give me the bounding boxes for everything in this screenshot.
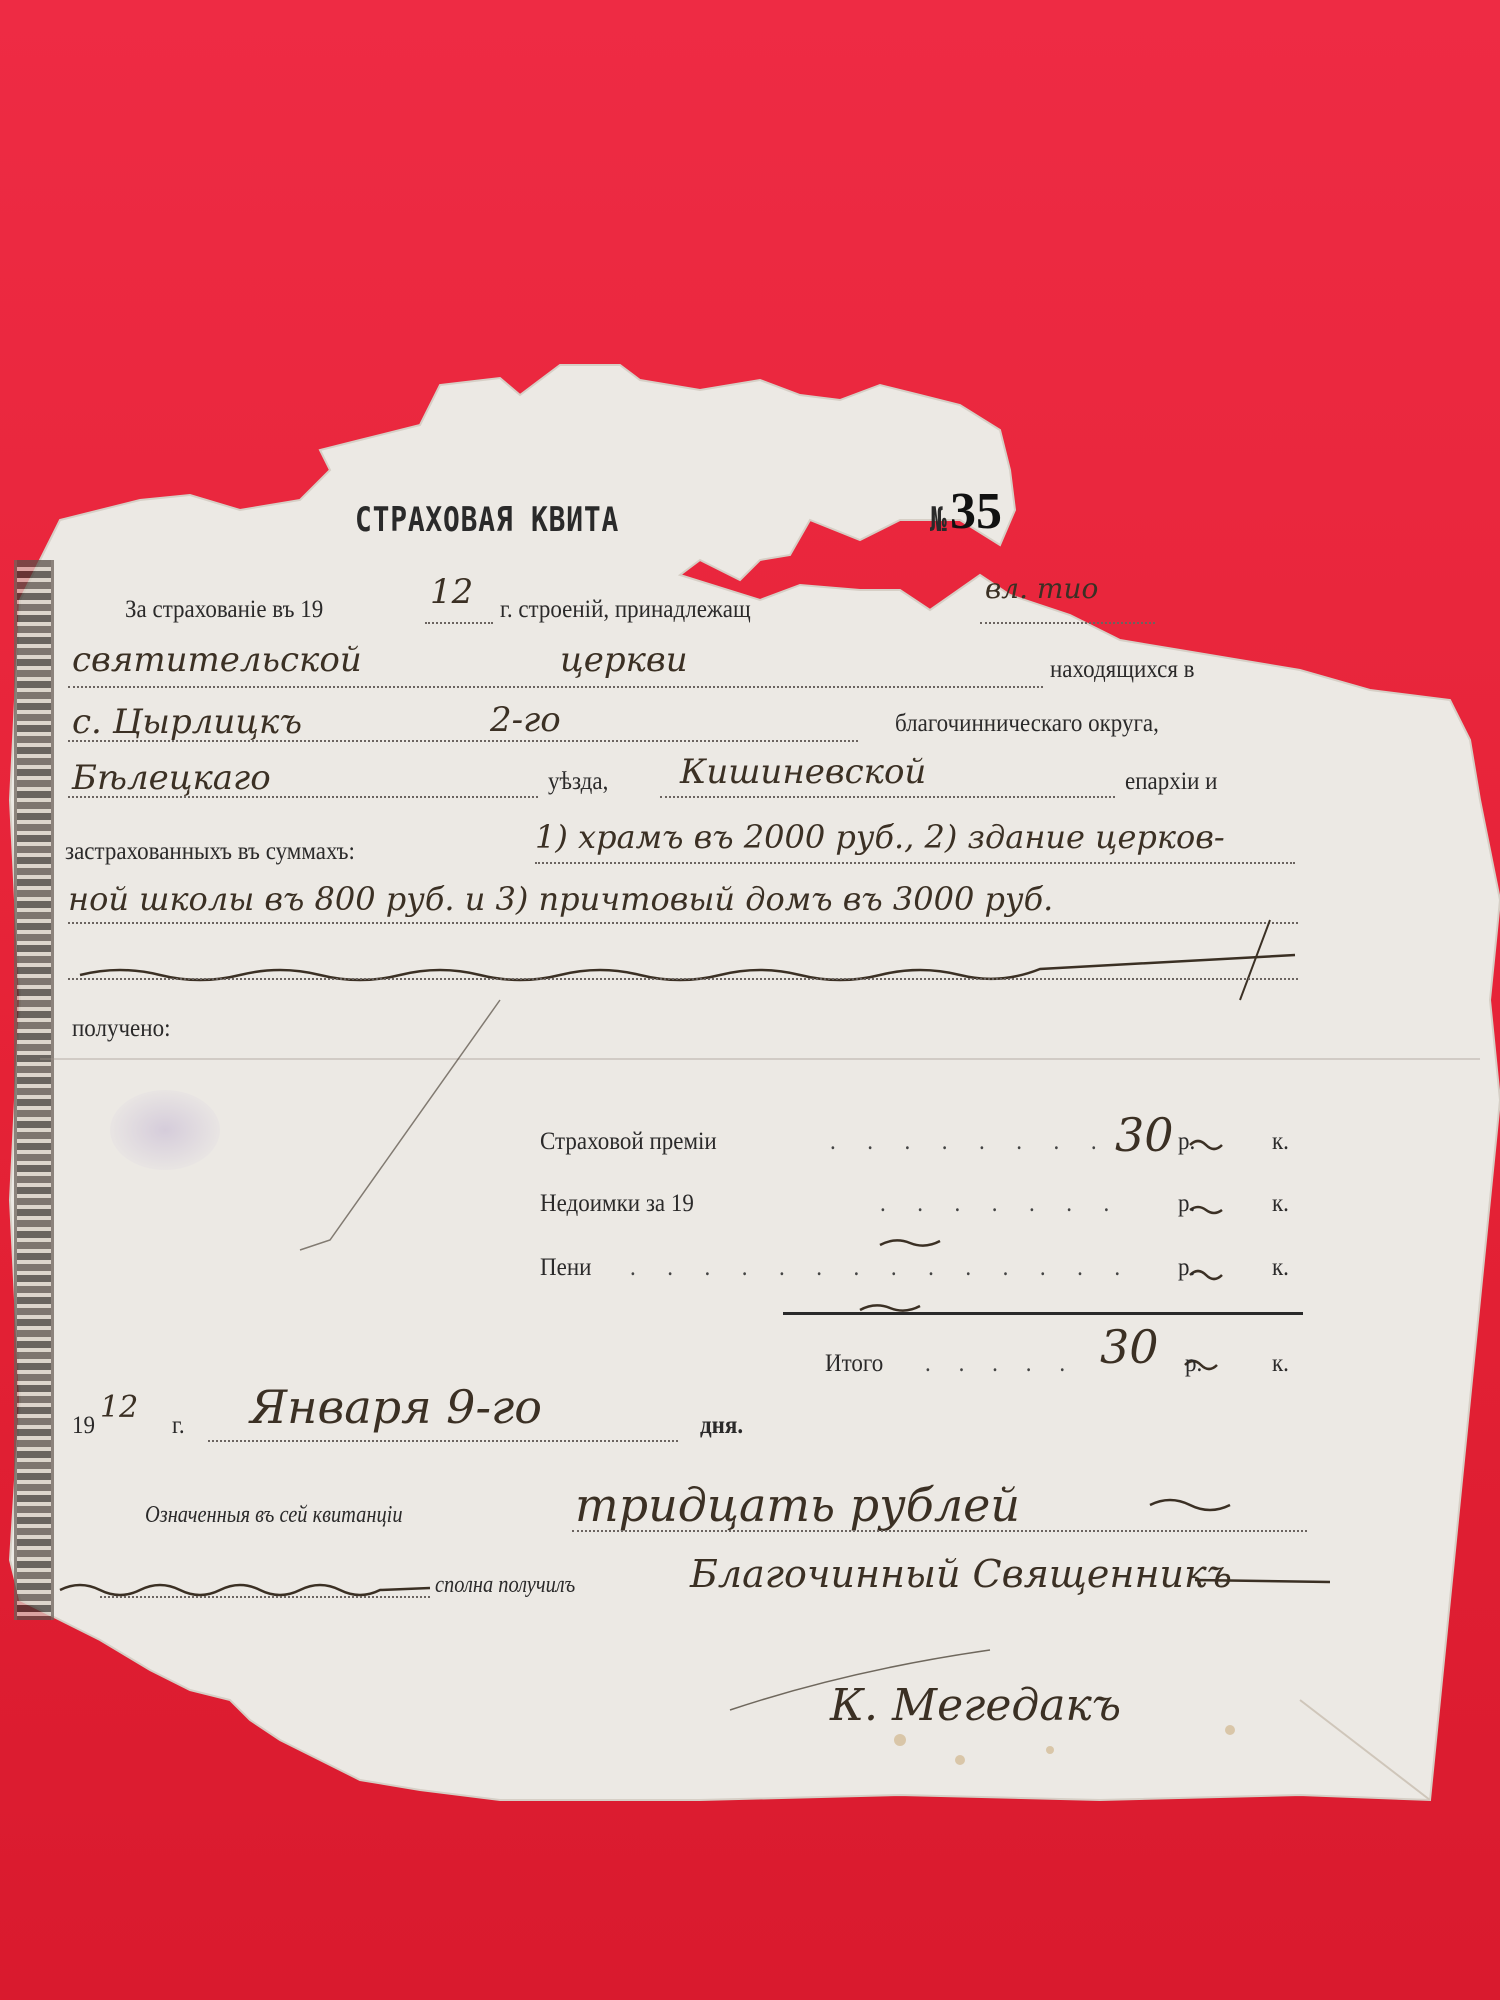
premium-r: р. [1178, 1128, 1195, 1156]
premium-dots: . . . . . . . . [830, 1128, 1109, 1156]
line6-dots [68, 922, 1298, 924]
line1-dots-end [980, 622, 1155, 624]
footer-dots-a [572, 1530, 1307, 1532]
line1-year-dots [425, 622, 493, 624]
date-printed-day: дня. [700, 1412, 743, 1440]
line5-dots [535, 862, 1295, 864]
total-dots: . . . . . [925, 1350, 1076, 1378]
footer-dots-b [100, 1596, 430, 1598]
line1-hand-end: вл. тио [985, 572, 1098, 605]
line4-printed-b: епархіи и [1125, 768, 1217, 796]
penalty-label: Пени [540, 1254, 591, 1282]
line2-hand-b: церкви [560, 640, 688, 680]
line2-printed: находящихся в [1050, 656, 1195, 684]
total-rule [783, 1312, 1303, 1315]
total-label: Итого [825, 1350, 883, 1378]
date-hand-month-day: Января 9-го [250, 1380, 542, 1434]
line4-hand-a: Бѣлецкаго [72, 758, 271, 798]
premium-rubles: 30 [1115, 1108, 1174, 1162]
penalty-k: к. [1272, 1254, 1289, 1282]
premium-k: к. [1272, 1128, 1289, 1156]
line6-hand: ной школы въ 800 руб. и 3) причтовый дом… [68, 880, 1053, 918]
paper-fold-line [40, 1058, 1480, 1060]
line5-printed: застрахованныхъ въ суммахъ: [65, 838, 355, 866]
received-label: получено: [72, 1015, 170, 1043]
footer-hand-amount: тридцать рублей [575, 1478, 1020, 1532]
arrears-label: Недоимки за 19 [540, 1190, 694, 1218]
date-printed-g: г. [172, 1412, 185, 1440]
footer-printed-a: Означенныя въ сей квитанціи [145, 1502, 403, 1529]
date-printed-year: 19 [72, 1412, 95, 1440]
line1-printed-b: г. строеній, принадлежащ [500, 596, 751, 624]
line5-hand: 1) храмъ въ 2000 руб., 2) здание церков- [535, 818, 1225, 856]
line7-dots [68, 978, 1298, 980]
line3-dots [68, 740, 858, 742]
arrears-k: к. [1272, 1190, 1289, 1218]
torn-paper-shape [0, 0, 1500, 2000]
penalty-r: р. [1178, 1254, 1195, 1282]
receipt-number: 35 [950, 482, 1002, 541]
total-rubles: 30 [1100, 1320, 1159, 1374]
line4-hand-b: Кишиневской [680, 752, 926, 792]
line2-dots [68, 686, 1043, 688]
footer-hand-title: Благочинный Священникъ [690, 1552, 1232, 1596]
faded-stamp [110, 1090, 220, 1170]
signature: К. Мегедакъ [830, 1680, 1121, 1731]
line4-printed-a: уѣзда, [548, 768, 608, 796]
arrears-r: р. [1178, 1190, 1195, 1218]
line3-hand-b: 2-го [490, 700, 561, 740]
line4-dots-a [68, 796, 538, 798]
total-r: р. [1185, 1350, 1202, 1378]
date-dots [208, 1440, 678, 1442]
receipt-title: СТРАХОВАЯ КВИТА [355, 500, 619, 540]
date-hand-year: 12 [100, 1390, 138, 1425]
total-k: к. [1272, 1350, 1289, 1378]
receipt-paper: СТРАХОВАЯ КВИТА № 35 За страхованіе въ 1… [0, 0, 1500, 2000]
penalty-dots: . . . . . . . . . . . . . . [630, 1254, 1133, 1282]
premium-label: Страховой преміи [540, 1128, 717, 1156]
number-sign: № [930, 500, 948, 540]
line3-printed: благочинническаго округа, [895, 710, 1159, 738]
line4-dots-b [660, 796, 1115, 798]
footer-printed-b: сполна получилъ [435, 1572, 575, 1599]
ornamental-border-strip [14, 560, 54, 1620]
line1-printed-a: За страхованіе въ 19 [125, 596, 323, 624]
line2-hand-a: святительской [72, 640, 362, 680]
line1-year-hand: 12 [430, 572, 473, 612]
arrears-dots: . . . . . . . [880, 1190, 1122, 1218]
line3-hand-a: с. Цырлицкъ [72, 702, 302, 742]
